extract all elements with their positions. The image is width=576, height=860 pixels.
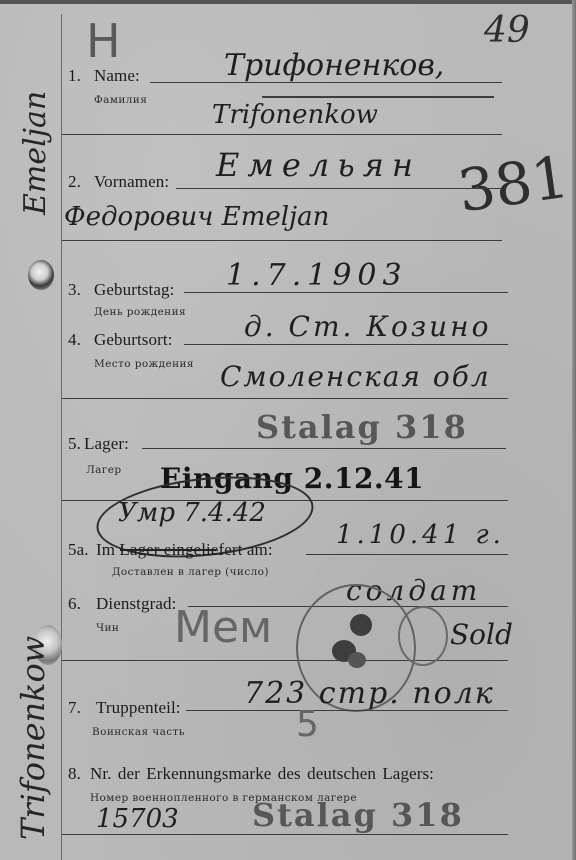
field-7-label: Truppenteil: [96,698,181,718]
field-1-sublabel: Фамилия [94,94,147,106]
punch-hole-icon [28,260,54,290]
field-1-number: 1. [68,66,81,86]
field-6-sublabel: Чин [96,622,119,634]
card-right-edge [572,0,576,860]
field-2-label: Vornamen: [94,172,169,192]
field-1-line-2 [62,134,502,135]
field-5-label: Lager: [84,434,129,454]
field-4-line [184,344,508,345]
field-8-number: 8. [68,764,81,784]
field-8-value-number: 15703 [96,804,179,834]
field-1-value-latin: Trifonenkow [212,100,378,130]
field-2-value-cyrillic: Емельян [216,146,421,184]
field-1-value-cyrillic: Трифоненков, [224,48,444,83]
death-annotation: Умр 7.4.42 [118,498,266,528]
corner-number: 49 [484,10,530,51]
pencil-circle-mark-small [398,606,448,666]
stalag-stamp: Stalag 318 [256,408,468,446]
margin-handwriting-first-name: Emeljan [18,91,53,215]
field-7-value: 723 стр. полк [244,676,495,711]
field-4-label: Geburtsort: [94,330,173,350]
card-top-edge [0,0,576,4]
field-4-value-region: Смоленская обл [220,360,491,393]
pencil-note: Мем [174,602,272,653]
field-3-sublabel: День рождения [94,306,186,318]
field-4-line-2 [62,398,508,399]
field-1-underline [262,96,494,98]
field-3-label: Geburtstag: [94,280,174,300]
field-7-sublabel: Воинская часть [92,726,185,738]
ink-blot [350,614,372,636]
pencil-letter: H [86,14,121,68]
field-2-number: 2. [68,172,81,192]
field-1-label: Name: [94,66,140,86]
field-8-label: Nr. der Erkennungsmarke des deutschen La… [90,764,434,784]
field-6-label: Dienstgrad: [96,594,176,614]
field-6-value-de: Sold [450,618,513,651]
pow-registration-card: Emeljan Trifonenkow H 49 381 1. Name: Фа… [0,0,576,860]
field-8-line [62,834,508,835]
field-2-value-latin: Федорович Emeljan [64,202,329,232]
margin-number: 381 [454,143,573,226]
field-4-number: 4. [68,330,81,350]
label-strikethrough [120,549,216,551]
field-5-sublabel: Лагер [86,464,121,476]
field-7-number: 7. [68,698,81,718]
stalag-stamp-bottom: Stalag 318 [252,796,464,834]
margin-line [61,14,62,860]
field-5a-value: 1.10.41 г. [336,520,505,550]
margin-handwriting-surname: Trifonenkow [14,636,52,840]
field-5a-number: 5a. [68,540,89,560]
field-4-sublabel: Место рождения [94,358,194,370]
field-3-value: 1.7.1903 [226,258,408,293]
field-4-value-village: д. Ст. Козино [244,310,491,343]
ink-blot [348,652,366,668]
field-5a-line [306,554,508,555]
field-2-line-2 [62,240,502,241]
field-2-line [176,188,502,189]
field-5-line [142,448,506,449]
field-5-number: 5. [68,434,81,454]
field-3-number: 3. [68,280,81,300]
field-6-line-2 [62,660,508,661]
field-6-number: 6. [68,594,81,614]
field-5a-sublabel: Доставлен в лагер (число) [112,566,269,578]
pencil-unit-note: 5 [296,704,319,745]
